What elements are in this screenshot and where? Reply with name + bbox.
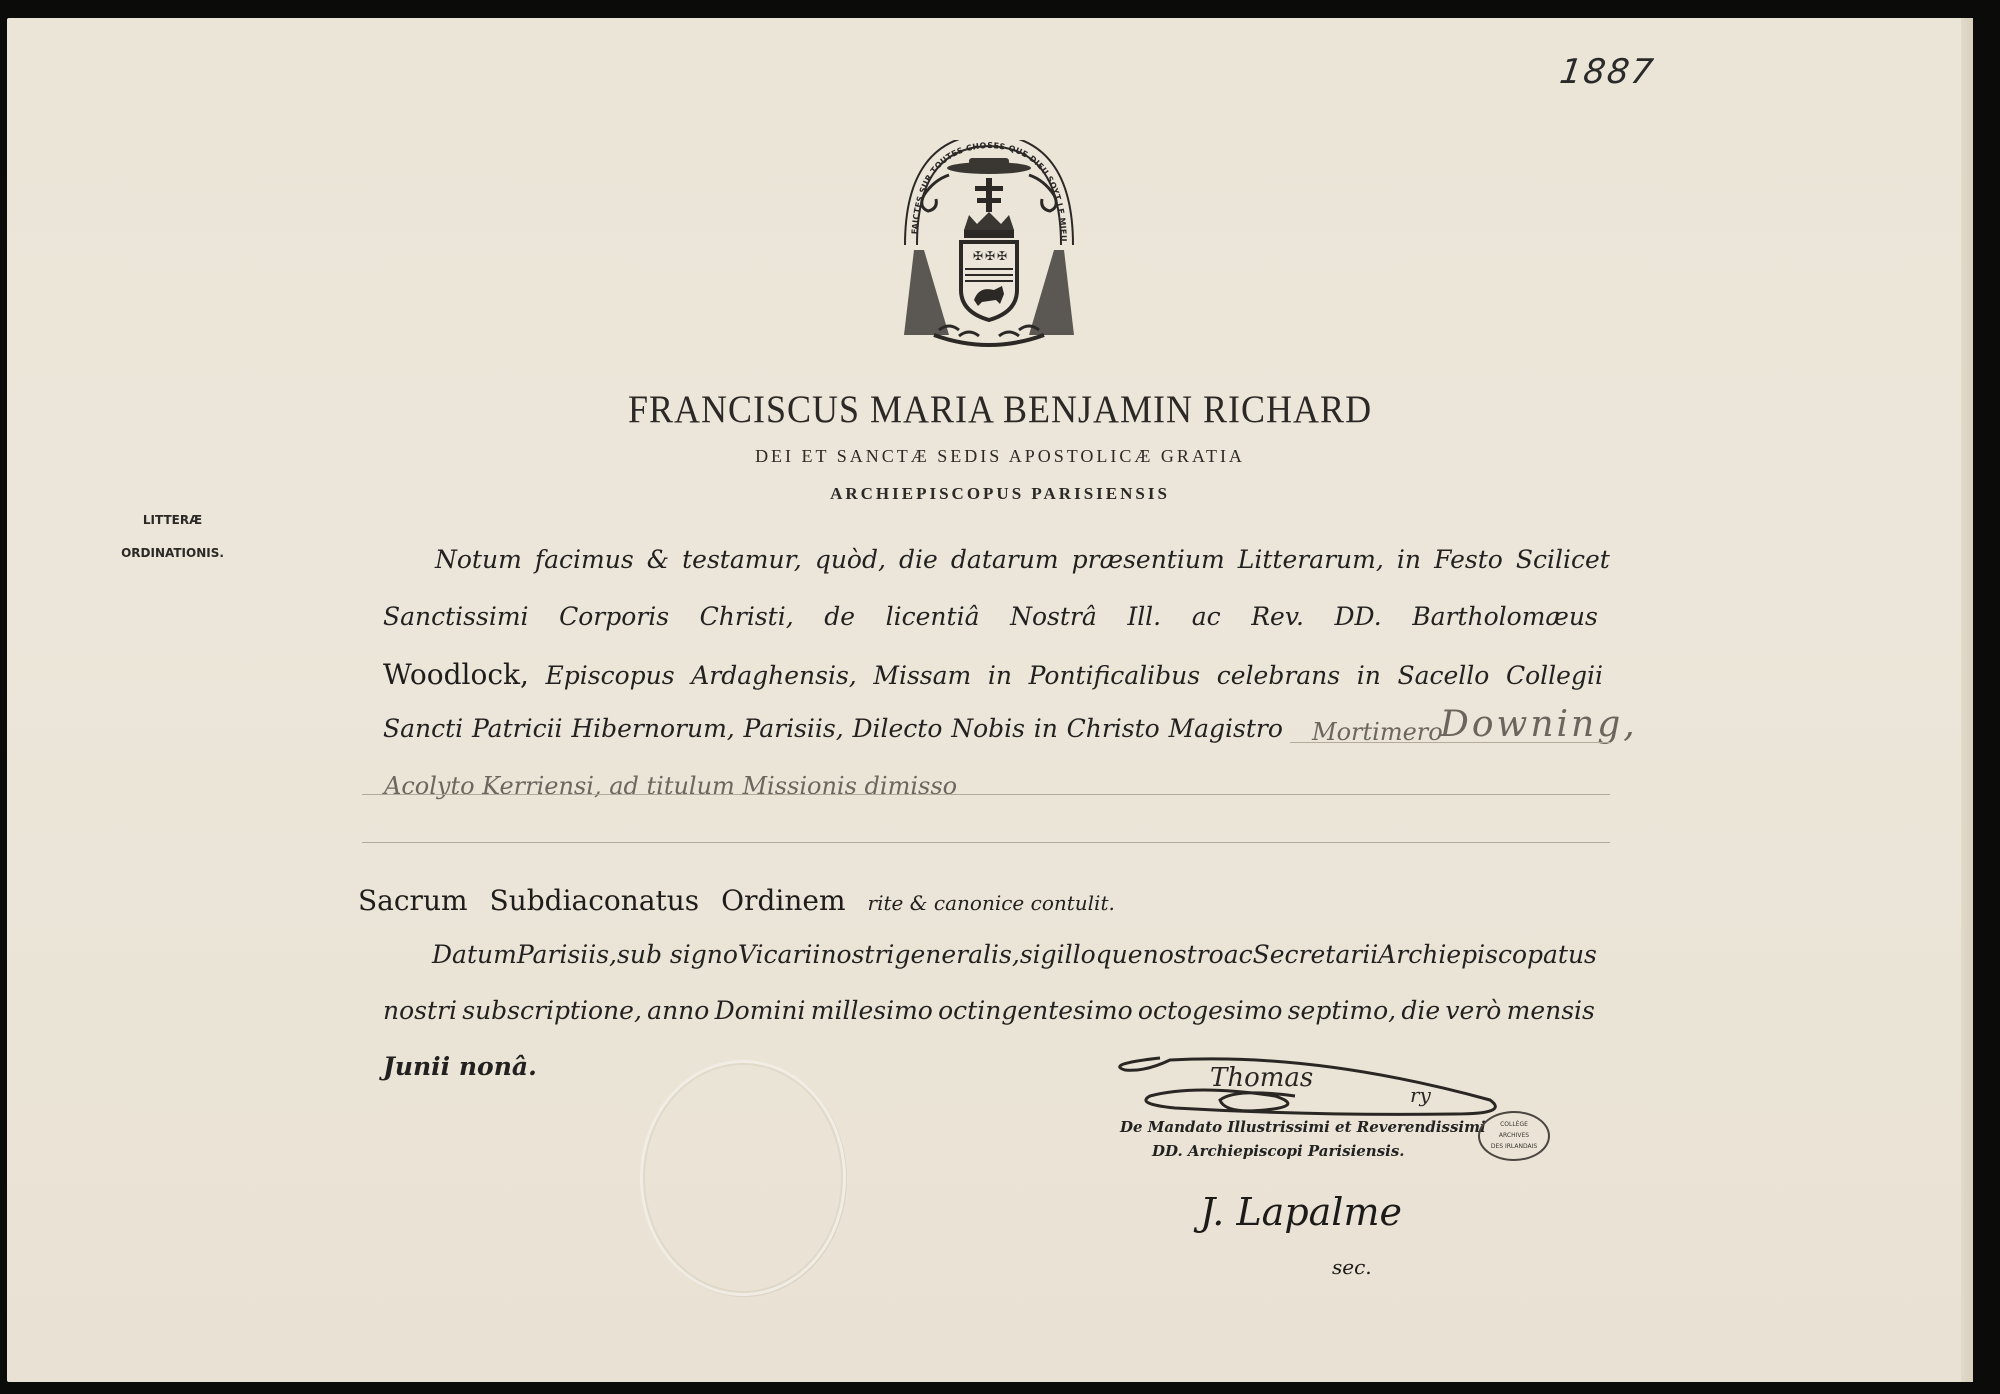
word: DD. <box>1335 602 1382 631</box>
word: quòd, <box>815 545 886 574</box>
word: millesimo <box>811 996 933 1025</box>
word: Vicarii <box>738 940 820 969</box>
paper-edge <box>1961 18 1973 1382</box>
body-line-4: Sancti Patricii Hibernorum, Parisiis, Di… <box>383 714 1283 743</box>
word: nostri <box>820 940 894 969</box>
embossed-seal-icon <box>640 1060 846 1296</box>
word: Ordinem <box>721 884 845 917</box>
word: Patricii <box>472 714 563 743</box>
word: Litterarum, <box>1238 545 1384 574</box>
body-line-3: Woodlock, Episcopus Ardaghensis, Missam … <box>383 658 1603 691</box>
word: Magistro <box>1169 714 1283 743</box>
word: Sacrum <box>358 884 468 917</box>
word: sigilloque <box>1020 940 1143 969</box>
side-label-ordinationis: ORDINATIONIS. <box>100 546 245 560</box>
word: septimo, <box>1288 996 1396 1025</box>
mandate-line-1: De Mandato Illustrissimi et Reverendissi… <box>1120 1118 1486 1136</box>
body-line-2: Sanctissimi Corporis Christi, de licenti… <box>383 602 1598 631</box>
word: Episcopus <box>546 661 675 690</box>
word: ac <box>1192 602 1221 631</box>
word: Parisiis, <box>517 940 617 969</box>
svg-text:✠: ✠ <box>997 249 1007 263</box>
word: celebrans <box>1217 661 1340 690</box>
word: in <box>988 661 1012 690</box>
word: Scilicet <box>1516 545 1610 574</box>
word: die <box>1401 996 1440 1025</box>
word: Nostrâ <box>1010 602 1097 631</box>
secretary-suffix: sec. <box>1332 1255 1372 1279</box>
archive-stamp: COLLÈGE ARCHIVES DES IRLANDAIS <box>1478 1111 1550 1161</box>
word: die <box>899 545 938 574</box>
word: de <box>824 602 855 631</box>
archbishop-name: FRANCISCUS MARIA BENJAMIN RICHARD <box>0 386 2000 431</box>
word: Ardaghensis, <box>691 661 857 690</box>
word: Dilecto <box>852 714 942 743</box>
word: Bartholomæus <box>1412 602 1598 631</box>
word: Nobis <box>951 714 1025 743</box>
word: Missam <box>873 661 971 690</box>
word: & <box>647 545 669 574</box>
word: sub signo <box>617 940 738 969</box>
office-line: ARCHIEPISCOPUS PARISIENSIS <box>0 484 2000 504</box>
vicar-signature-icon: Thomas ry <box>1115 1052 1505 1122</box>
word: Secretarii <box>1253 940 1379 969</box>
fill-line-1 <box>1290 742 1610 743</box>
word: generalis, <box>894 940 1019 969</box>
stamp-line-3: DES IRLANDAIS <box>1480 1141 1548 1152</box>
word: Festo <box>1434 545 1503 574</box>
word: nostro <box>1143 940 1224 969</box>
order-line: Sacrum Subdiaconatus Ordinem rite & cano… <box>358 884 1058 917</box>
dated-line-1: Datum Parisiis, sub signo Vicarii nostri… <box>432 940 1597 969</box>
word: in <box>1397 545 1421 574</box>
word: Datum <box>432 940 517 969</box>
word: nostri <box>383 996 457 1025</box>
dated-line-3: Junii nonâ. <box>383 1052 537 1081</box>
svg-text:✠: ✠ <box>985 249 995 263</box>
word: Notum <box>435 545 522 574</box>
recipient-details: Acolyto Kerriensi, ad titulum Missionis … <box>384 772 957 800</box>
word: Rev. <box>1251 602 1304 631</box>
word: præsentium <box>1072 545 1225 574</box>
word: mensis <box>1507 996 1595 1025</box>
word: Domini <box>715 996 806 1025</box>
archive-number: 1887 <box>1557 52 1657 92</box>
word: Pontificalibus <box>1029 661 1201 690</box>
order-conferral-text: rite & canonice contulit. <box>868 891 1115 915</box>
word: testamur, <box>682 545 802 574</box>
word: Christo <box>1067 714 1160 743</box>
dated-line-2: nostri subscriptione, anno Domini milles… <box>383 996 1595 1025</box>
word: in <box>1034 714 1058 743</box>
word: Hibernorum, <box>571 714 734 743</box>
word: Archiepiscopatus <box>1378 940 1597 969</box>
word: Ill. <box>1127 602 1161 631</box>
word-woodlock: Woodlock, <box>383 658 529 691</box>
word: licentiâ <box>886 602 980 631</box>
grace-line: DEI ET SANCTÆ SEDIS APOSTOLICÆ GRATIA <box>0 446 2000 467</box>
coat-of-arms-icon: FAICTES SUR TOUTES CHOSES QUE DIEU SOYT … <box>889 140 1089 350</box>
word: Christi, <box>700 602 794 631</box>
side-label-litterae: LITTERÆ <box>100 513 245 527</box>
word: Sacello <box>1397 661 1489 690</box>
word: anno <box>647 996 709 1025</box>
fill-line-3 <box>362 842 1610 843</box>
word: verò <box>1445 996 1501 1025</box>
word: Corporis <box>559 602 669 631</box>
word: Sanctissimi <box>383 602 529 631</box>
word: octingentesimo <box>938 996 1133 1025</box>
word: Subdiaconatus <box>490 884 700 917</box>
secretary-signature: J. Lapalme <box>1200 1190 1402 1234</box>
svg-text:Thomas: Thomas <box>1210 1063 1313 1093</box>
word: in <box>1357 661 1381 690</box>
mandate-line-2: DD. Archiepiscopi Parisiensis. <box>1152 1142 1405 1160</box>
word: facimus <box>535 545 634 574</box>
fill-line-2 <box>362 794 1610 795</box>
word: Parisiis, <box>744 714 844 743</box>
word: ac <box>1224 940 1253 969</box>
word: subscriptione, <box>462 996 642 1025</box>
body-line-1: Notum facimus & testamur, quòd, die data… <box>435 545 1610 574</box>
word: Collegii <box>1506 661 1603 690</box>
recipient-surname: Downing, <box>1440 704 1638 745</box>
word: Sancti <box>383 714 463 743</box>
svg-text:ry: ry <box>1410 1083 1432 1107</box>
svg-text:✠: ✠ <box>973 249 983 263</box>
word: datarum <box>951 545 1059 574</box>
word: octogesimo <box>1138 996 1283 1025</box>
stamp-line-1: COLLÈGE <box>1480 1119 1548 1130</box>
stamp-line-2: ARCHIVES <box>1480 1130 1548 1141</box>
